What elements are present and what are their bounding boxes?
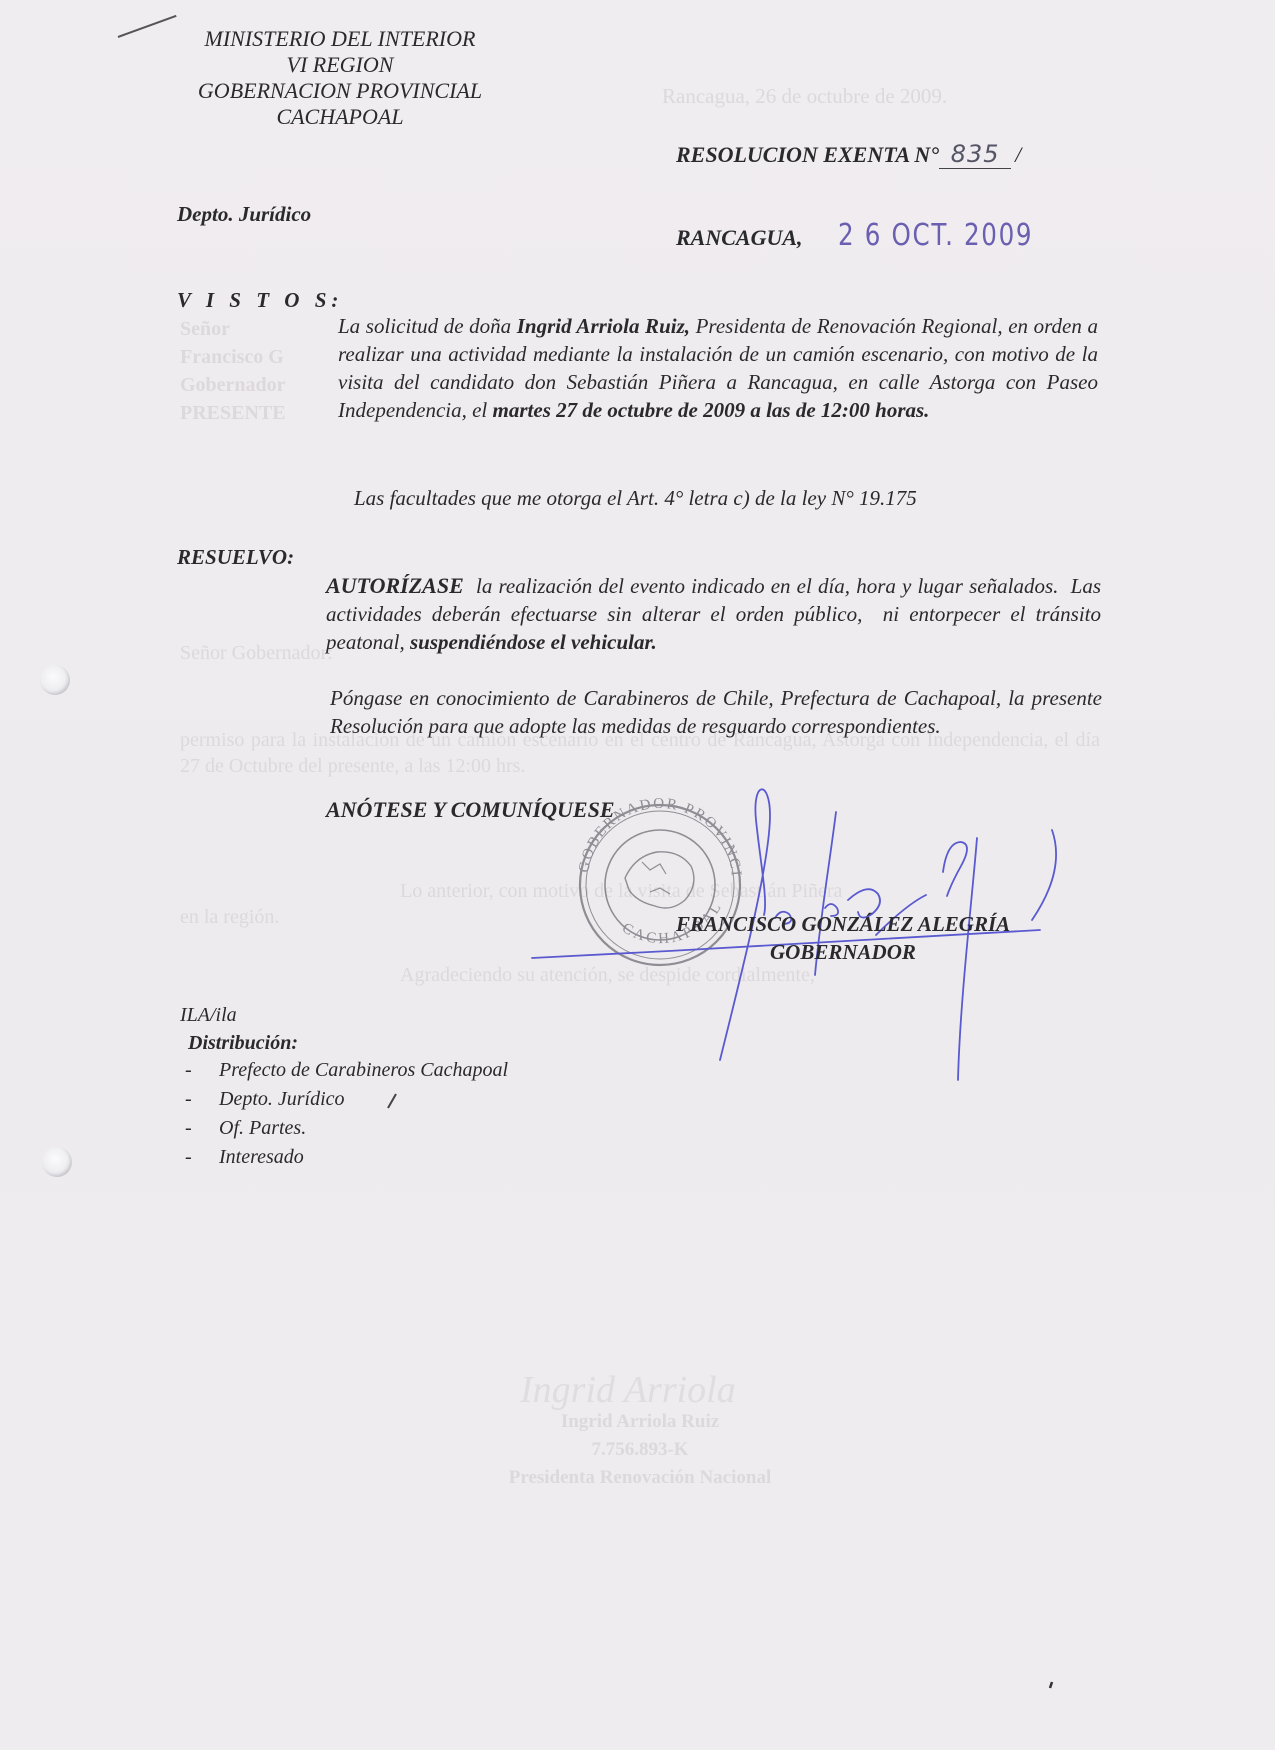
department-label: Depto. Jurídico [177, 202, 311, 227]
date-stamp: 2 6 OCT. 2009 [838, 218, 1033, 253]
signatory-name: FRANCISCO GONZÁLEZ ALEGRÍA [676, 912, 1010, 937]
applicant-name: Ingrid Arriola Ruiz, [517, 314, 690, 338]
closing-formula: ANÓTESE Y COMUNÍQUESE [326, 797, 615, 823]
list-item: Prefecto de Carabineros Cachapoal [185, 1056, 508, 1085]
bleed-signature-script: Ingrid Arriola [520, 1368, 736, 1412]
list-item: Of. Partes. [185, 1114, 508, 1143]
notification-paragraph: Póngase en conocimiento de Carabineros d… [330, 684, 1102, 740]
punch-hole [42, 1147, 72, 1177]
bleed-region: en la región. [180, 906, 279, 929]
authorization-keyword: AUTORÍZASE [326, 573, 464, 598]
vistos-heading: V I S T O S: [177, 288, 343, 313]
letterhead-line: MINISTERIO DEL INTERIOR [150, 26, 530, 52]
initials: ILA/ila [180, 1004, 237, 1027]
signatory-title: GOBERNADOR [770, 940, 916, 965]
letterhead-line: GOBERNACION PROVINCIAL [150, 78, 530, 104]
handwritten-number: 835 [939, 140, 1011, 169]
legal-basis: Las facultades que me otorga el Art. 4° … [354, 486, 917, 511]
bleed-agradeciendo: Agradeciendo su atención, se despide cor… [400, 964, 815, 987]
bleed-signer: Ingrid Arriola Ruiz 7.756.893-K Presiden… [440, 1408, 840, 1492]
punch-hole [40, 665, 70, 695]
distribution-heading: Distribución: [188, 1032, 298, 1055]
vistos-paragraph: La solicitud de doña Ingrid Arriola Ruiz… [338, 312, 1098, 424]
bleed-salutation: Señor Gobernador: [180, 642, 333, 665]
list-item: Depto. Jurídico [185, 1085, 508, 1114]
bleed-lo-anterior: Lo anterior, con motivo de la visita de … [400, 880, 842, 903]
authorization-paragraph: AUTORÍZASE la realización del evento ind… [326, 572, 1101, 656]
resuelvo-heading: RESUELVO: [177, 545, 294, 570]
resolution-number: RESOLUCION EXENTA N°835/ [676, 140, 1021, 169]
city-label: RANCAGUA, [676, 225, 803, 251]
ink-dot [1050, 1682, 1052, 1688]
letterhead: MINISTERIO DEL INTERIOR VI REGION GOBERN… [150, 26, 530, 130]
bleed-addressee: Señor Francisco G Gobernador PRESENTE [180, 315, 286, 427]
letterhead-line: VI REGION [150, 52, 530, 78]
distribution-list: Prefecto de Carabineros Cachapoal Depto.… [185, 1056, 508, 1172]
event-datetime: martes 27 de octubre de 2009 a las de 12… [493, 398, 930, 422]
list-item: Interesado [185, 1143, 508, 1172]
letterhead-line: CACHAPOAL [150, 104, 530, 130]
bleed-date: Rancagua, 26 de octubre de 2009. [662, 84, 947, 109]
document-page: Rancagua, 26 de octubre de 2009. Señor F… [0, 0, 1275, 1750]
